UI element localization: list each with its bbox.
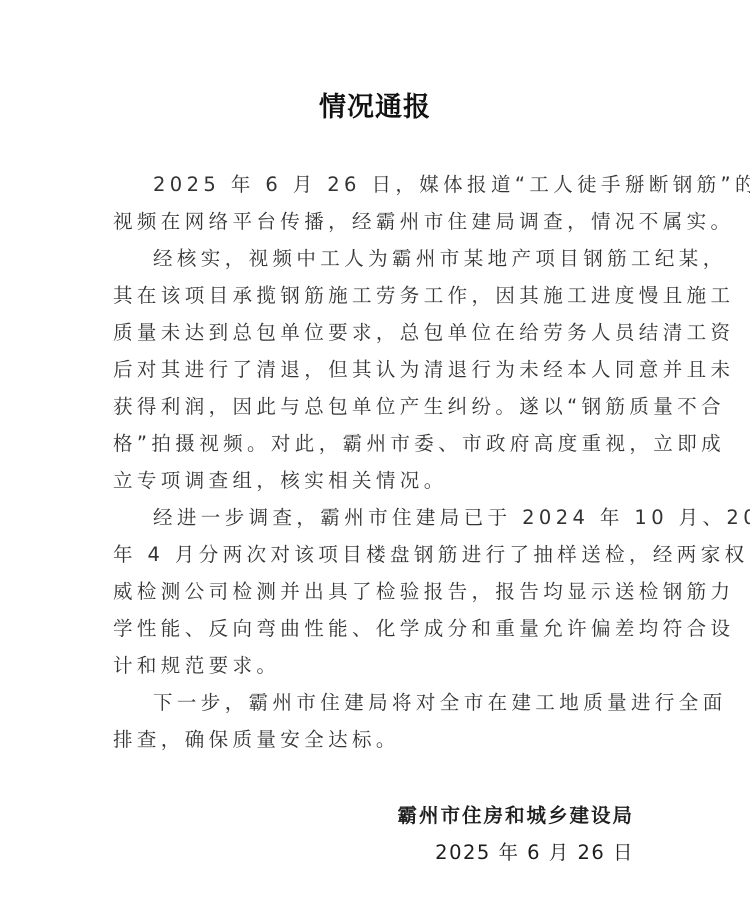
signature-organization: 霸州市住房和城乡建设局 <box>397 801 634 831</box>
paragraph-line: 其在该项目承揽钢筋施工劳务工作，因其施工进度慢且施工 <box>113 277 643 314</box>
paragraph-line: 经核实，视频中工人为霸州市某地产项目钢筋工纪某， <box>113 240 643 277</box>
paragraph-3: 经进一步调查，霸州市住建局已于 2024 年 10 月、2025 年 4 月分两… <box>113 499 643 684</box>
paragraph-2: 经核实，视频中工人为霸州市某地产项目钢筋工纪某， 其在该项目承揽钢筋施工劳务工作… <box>113 240 643 499</box>
paragraph-line: 排查，确保质量安全达标。 <box>113 721 643 758</box>
paragraph-line: 获得利润，因此与总包单位产生纠纷。遂以“钢筋质量不合 <box>113 388 643 425</box>
paragraph-line: 立专项调查组，核实相关情况。 <box>113 462 643 499</box>
document-body: 2025 年 6 月 26 日，媒体报道“工人徒手掰断钢筋”的 视频在网络平台传… <box>113 166 643 758</box>
paragraph-line: 2025 年 6 月 26 日，媒体报道“工人徒手掰断钢筋”的 <box>113 166 643 203</box>
signature-date: 2025 年 6 月 26 日 <box>435 838 634 868</box>
paragraph-line: 后对其进行了清退，但其认为清退行为未经本人同意并且未 <box>113 351 643 388</box>
paragraph-line: 下一步，霸州市住建局将对全市在建工地质量进行全面 <box>113 684 643 721</box>
paragraph-line: 格”拍摄视频。对此，霸州市委、市政府高度重视，立即成 <box>113 425 643 462</box>
paragraph-line: 年 4 月分两次对该项目楼盘钢筋进行了抽样送检，经两家权 <box>113 536 643 573</box>
paragraph-line: 计和规范要求。 <box>113 647 643 684</box>
paragraph-line: 威检测公司检测并出具了检验报告，报告均显示送检钢筋力 <box>113 573 643 610</box>
paragraph-line: 视频在网络平台传播，经霸州市住建局调查，情况不属实。 <box>113 203 643 240</box>
paragraph-line: 经进一步调查，霸州市住建局已于 2024 年 10 月、2025 <box>113 499 643 536</box>
paragraph-4: 下一步，霸州市住建局将对全市在建工地质量进行全面 排查，确保质量安全达标。 <box>113 684 643 758</box>
paragraph-line: 质量未达到总包单位要求，总包单位在给劳务人员结清工资 <box>113 314 643 351</box>
document-title: 情况通报 <box>0 88 750 128</box>
paragraph-line: 学性能、反向弯曲性能、化学成分和重量允许偏差均符合设 <box>113 610 643 647</box>
paragraph-1: 2025 年 6 月 26 日，媒体报道“工人徒手掰断钢筋”的 视频在网络平台传… <box>113 166 643 240</box>
